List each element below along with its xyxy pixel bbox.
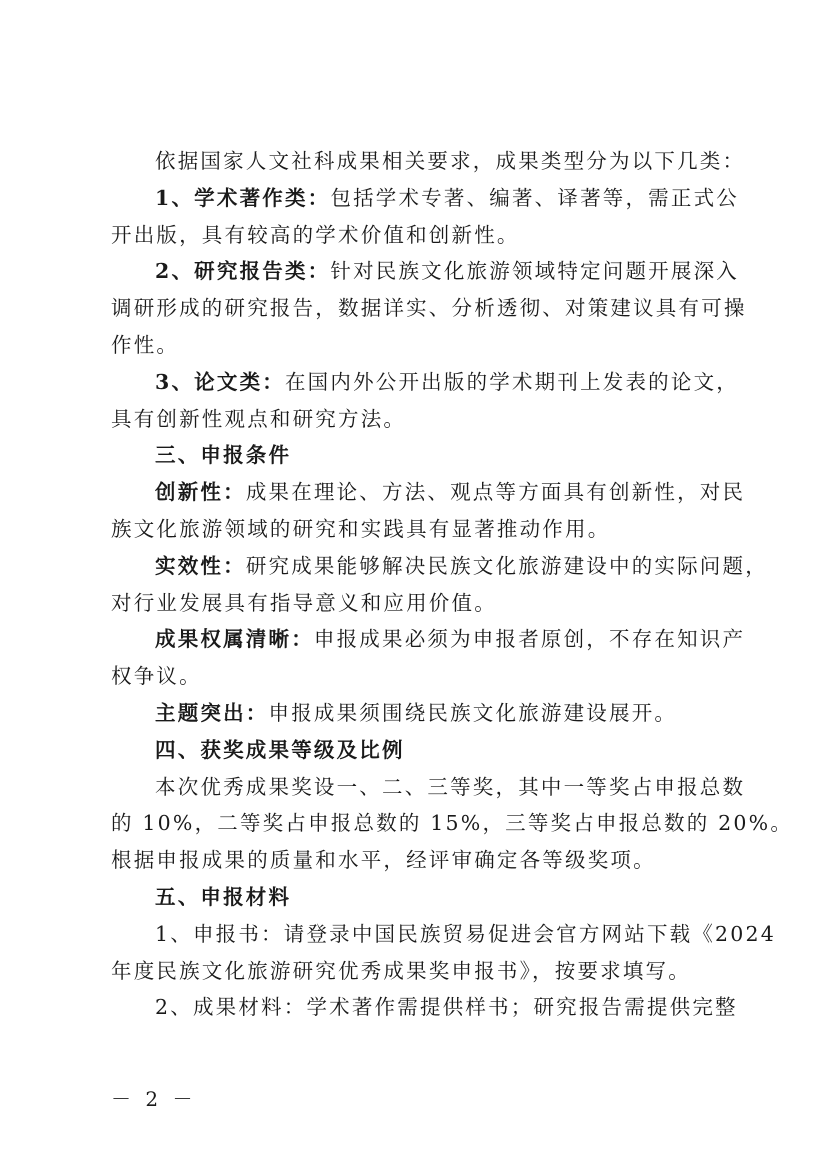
document-page: 依据国家人文社科成果相关要求，成果类型分为以下几类： 1、学术著作类：包括学术专…: [111, 143, 723, 1026]
materials-item-1: 1、申报书：请登录中国民族贸易促进会官方网站下载《2024: [111, 916, 723, 953]
intro-paragraph: 依据国家人文社科成果相关要求，成果类型分为以下几类：: [111, 143, 723, 180]
condition-effectiveness: 实效性：研究成果能够解决民族文化旅游建设中的实际问题，: [111, 548, 723, 585]
type-text: 在国内外公开出版的学术期刊上发表的论文，: [285, 370, 739, 394]
materials-item-2: 2、成果材料：学术著作需提供样书；研究报告需提供完整: [111, 989, 723, 1026]
type-text: 包括学术专著、编著、译著等，需正式公: [330, 186, 739, 210]
type-academic-works: 1、学术著作类：包括学术专著、编著、译著等，需正式公: [111, 180, 723, 217]
type-papers-cont: 具有创新性观点和研究方法。: [111, 401, 723, 438]
condition-innovation-cont: 族文化旅游领域的研究和实践具有显著推动作用。: [111, 511, 723, 548]
section-heading-awards: 四、获奖成果等级及比例: [111, 732, 723, 769]
awards-paragraph-cont: 的 10%，二等奖占申报总数的 15%，三等奖占申报总数的 20%。: [111, 805, 723, 842]
condition-label: 实效性：: [155, 554, 246, 578]
type-label: 2、研究报告类：: [155, 259, 330, 283]
awards-paragraph-cont2: 根据申报成果的质量和水平，经评审确定各等级奖项。: [111, 842, 723, 879]
condition-effectiveness-cont: 对行业发展具有指导意义和应用价值。: [111, 585, 723, 622]
condition-label: 主题突出：: [155, 701, 269, 725]
type-label: 3、论文类：: [155, 370, 285, 394]
section-heading-materials: 五、申报材料: [111, 879, 723, 916]
condition-theme: 主题突出：申报成果须围绕民族文化旅游建设展开。: [111, 695, 723, 732]
condition-text: 研究成果能够解决民族文化旅游建设中的实际问题，: [246, 554, 768, 578]
type-label: 1、学术著作类：: [155, 186, 330, 210]
type-papers: 3、论文类：在国内外公开出版的学术期刊上发表的论文，: [111, 364, 723, 401]
section-heading-conditions: 三、申报条件: [111, 437, 723, 474]
type-research-reports-cont2: 作性。: [111, 327, 723, 364]
condition-text: 申报成果必须为申报者原创，不存在知识产: [314, 627, 745, 651]
awards-paragraph: 本次优秀成果奖设一、二、三等奖，其中一等奖占申报总数: [111, 769, 723, 806]
condition-ownership: 成果权属清晰：申报成果必须为申报者原创，不存在知识产: [111, 621, 723, 658]
type-research-reports-cont: 调研形成的研究报告，数据详实、分析透彻、对策建议具有可操: [111, 290, 723, 327]
condition-innovation: 创新性：成果在理论、方法、观点等方面具有创新性，对民: [111, 474, 723, 511]
type-text: 针对民族文化旅游领域特定问题开展深入: [330, 259, 739, 283]
condition-ownership-cont: 权争议。: [111, 658, 723, 695]
page-number: － 2 －: [111, 1083, 196, 1112]
condition-label: 成果权属清晰：: [155, 627, 314, 651]
type-research-reports: 2、研究报告类：针对民族文化旅游领域特定问题开展深入: [111, 253, 723, 290]
condition-text: 申报成果须围绕民族文化旅游建设展开。: [269, 701, 678, 725]
condition-text: 成果在理论、方法、观点等方面具有创新性，对民: [246, 480, 745, 504]
condition-label: 创新性：: [155, 480, 246, 504]
type-academic-works-cont: 开出版，具有较高的学术价值和创新性。: [111, 217, 723, 254]
materials-item-1-cont: 年度民族文化旅游研究优秀成果奖申报书》，按要求填写。: [111, 953, 723, 990]
